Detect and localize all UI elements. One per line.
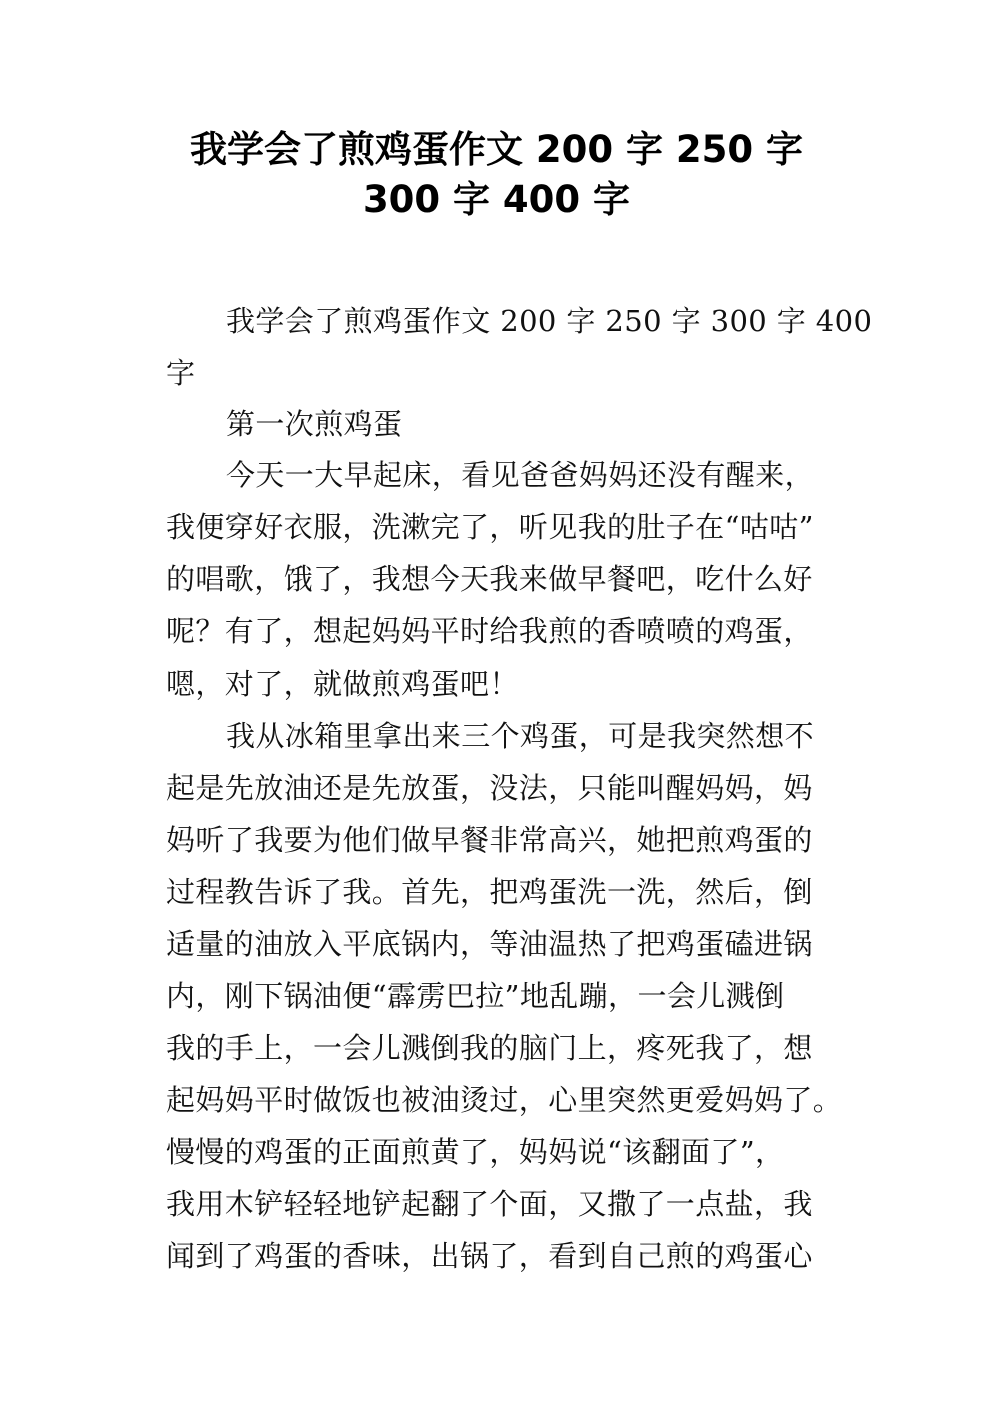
body-line: 字 (166, 353, 195, 393)
body-line: 我便穿好衣服，洗漱完了，听见我的肚子在“咕咕” (166, 507, 814, 547)
body-line: 起妈妈平时做饭也被油烫过，心里突然更爱妈妈了。 (166, 1080, 842, 1120)
body-line: 我从冰箱里拿出来三个鸡蛋，可是我突然想不 (226, 716, 814, 756)
body-line: 我的手上，一会儿溅倒我的脑门上，疼死我了，想 (166, 1028, 813, 1068)
body-line: 我学会了煎鸡蛋作文 200 字 250 字 300 字 400 (226, 301, 872, 341)
section-heading: 第一次煎鸡蛋 (226, 404, 402, 444)
body-line: 今天一大早起床，看见爸爸妈妈还没有醒来， (226, 455, 814, 495)
body-line: 内，刚下锅油便“霹雳巴拉”地乱蹦，一会儿溅倒 (166, 976, 784, 1016)
body-line: 的唱歌，饿了，我想今天我来做早餐吧，吃什么好 (166, 559, 813, 599)
body-line: 起是先放油还是先放蛋，没法，只能叫醒妈妈，妈 (166, 768, 813, 808)
document-title-line-2: 300 字 400 字 (0, 177, 993, 223)
document-title-line-1: 我学会了煎鸡蛋作文 200 字 250 字 (0, 127, 993, 173)
body-line: 我用木铲轻轻地铲起翻了个面，又撒了一点盐，我 (166, 1184, 813, 1224)
body-line: 闻到了鸡蛋的香味，出锅了，看到自己煎的鸡蛋心 (166, 1236, 813, 1276)
body-line: 慢慢的鸡蛋的正面煎黄了，妈妈说“该翻面了”， (166, 1132, 784, 1172)
document-page: 我学会了煎鸡蛋作文 200 字 250 字 300 字 400 字 我学会了煎鸡… (0, 0, 993, 1404)
body-line: 嗯，对了，就做煎鸡蛋吧！ (166, 664, 519, 704)
body-line: 适量的油放入平底锅内，等油温热了把鸡蛋磕进锅 (166, 924, 813, 964)
body-line: 呢？有了，想起妈妈平时给我煎的香喷喷的鸡蛋， (166, 611, 813, 651)
body-line: 过程教告诉了我。首先，把鸡蛋洗一洗，然后，倒 (166, 872, 813, 912)
body-line: 妈听了我要为他们做早餐非常高兴，她把煎鸡蛋的 (166, 820, 813, 860)
